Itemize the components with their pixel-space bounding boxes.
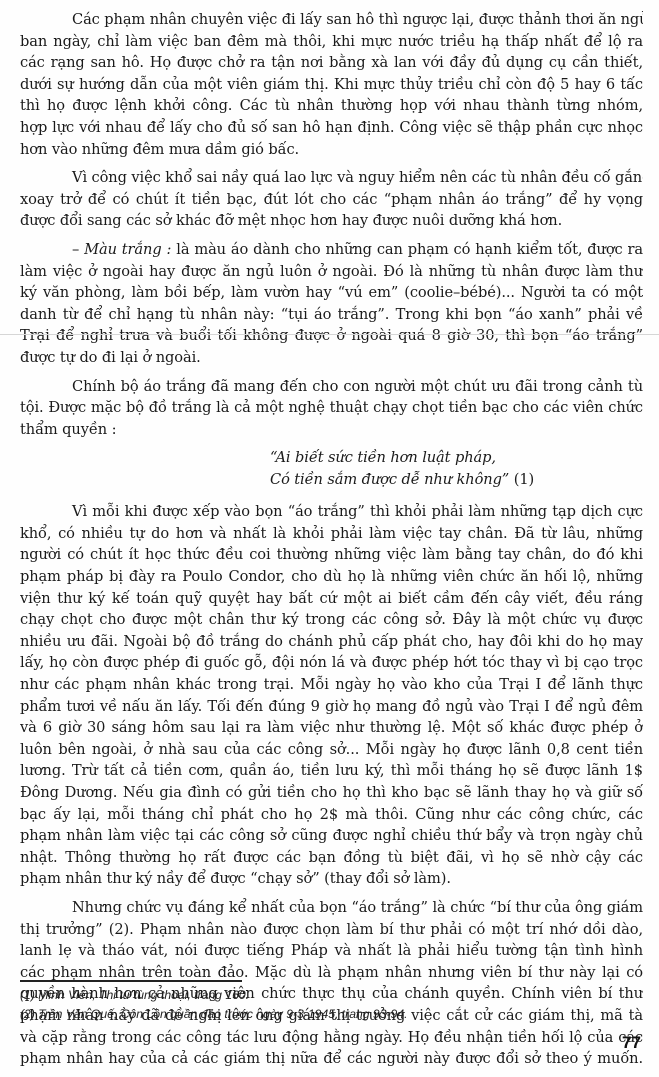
text-line: nhật. Thông thường họ rất được các bạn đ… <box>20 847 643 869</box>
text-line: phạm nhân hay của cả các giám thị nữa để… <box>20 1048 643 1070</box>
text-line: lương. Trừ tất cả tiền cơm, quần áo, tiề… <box>20 760 643 782</box>
text-line: người có chút ít học thức đều coi thường… <box>20 544 643 566</box>
text-line: Đông Dương. Nếu gia đình có gửi tiền cho… <box>20 782 643 804</box>
paragraph-bribery: Vì công việc khổ sai nầy quá lao lực và … <box>20 167 643 232</box>
text-line: ban ngày, chỉ làm việc ban đêm mà thôi, … <box>20 31 643 53</box>
text-line: được đổi sang các sở khác đỡ mệt nhọc hơ… <box>20 210 643 232</box>
text-line: bạc ấy lại, mỗi tháng chỉ phát cho họ 2$… <box>20 804 643 826</box>
text-line: khổ, có nhiều tự do hơn và nhất là khỏi … <box>20 523 643 545</box>
footnote-rule <box>20 980 242 982</box>
text-line: Trại để nghỉ trưa và buổi tối không được… <box>20 325 643 347</box>
quote-line: “Ai biết sức tiền hơn luật pháp, <box>20 447 643 469</box>
text-line: phạm nhân thư ký nầy để được “chạy sở” (… <box>20 868 643 890</box>
paragraph-white-uniform: Chính bộ áo trắng đã mang đến cho con ng… <box>20 376 643 441</box>
paragraph-secretary: Nhưng chức vụ đáng kể nhất của bọn “áo t… <box>20 897 643 1070</box>
page-number: 77 <box>622 1033 641 1053</box>
text-line: lanh lẹ và tháo vát, nói được tiếng Pháp… <box>20 940 643 962</box>
text-line: hơn vào những đêm mưa dầm gió bấc. <box>20 139 643 161</box>
text-line: hợp lực với nhau để lấy cho đủ số san hô… <box>20 117 643 139</box>
paragraph-clerks: Vì mỗi khi được xếp vào bọn “áo trắng” t… <box>20 501 643 890</box>
paragraph-white-color: – Màu trắng : là màu áo dành cho những c… <box>20 239 643 369</box>
verse-quote: “Ai biết sức tiền hơn luật pháp, Có tiền… <box>20 447 643 491</box>
quote-text: Có tiền sắm được dễ như không” <box>270 471 509 488</box>
text-run: là màu áo dành cho những can phạm có hạn… <box>171 241 643 258</box>
text-line: và 6 giờ 30 sáng hôm sau lại ra làm việc… <box>20 717 643 739</box>
text-line: viện thư ký kế toán quỹ quyệt hay bất cứ… <box>20 588 643 610</box>
text-line: phạm nhân làm việc tại các công sở cũng … <box>20 825 643 847</box>
text-line: các rạng san hô. Họ được chở ra tận nơi … <box>20 52 643 74</box>
quote-line: Có tiền sắm được dễ như không” (1) <box>20 469 643 491</box>
text-line: Chính bộ áo trắng đã mang đến cho con ng… <box>20 376 643 398</box>
text-line: được tự do đi lại ở ngoài. <box>20 347 643 369</box>
text-line: Các phạm nhân chuyên việc đi lấy san hô … <box>20 9 643 31</box>
text-line: lấy, họ còn được phép đi guốc gỗ, đội nó… <box>20 652 643 674</box>
list-dash: – <box>72 241 84 258</box>
term-white-color: Màu trắng : <box>84 241 171 258</box>
text-line: chạy chọt cho được một chân thư ký trong… <box>20 609 643 631</box>
text-line: phạm pháp bị đày ra Poulo Condor, cho dù… <box>20 566 643 588</box>
footnote-ref-1: (1) <box>509 471 534 488</box>
book-page: Các phạm nhân chuyên việc đi lấy san hô … <box>0 0 659 1077</box>
paragraph-coral-workers: Các phạm nhân chuyên việc đi lấy san hô … <box>20 9 643 160</box>
footnote-2: (2) Trần Văn Quế, Côn Lôn quần đảo trước… <box>20 1007 408 1021</box>
text-line: phẩm tươi về nấu ăn lấy. Tối đến đúng 9 … <box>20 696 643 718</box>
text-line: luôn bên ngoài, ở nhà sau của các công s… <box>20 739 643 761</box>
scan-artifact-line <box>0 334 659 335</box>
text-line: xoay trở để có chút ít tiền bạc, đút lót… <box>20 189 643 211</box>
text-line: – Màu trắng : là màu áo dành cho những c… <box>20 239 643 261</box>
text-line: Nhưng chức vụ đáng kể nhất của bọn “áo t… <box>20 897 643 919</box>
text-line: làm việc ở ngoài hay được ăn ngủ luôn ở … <box>20 261 643 283</box>
footnote-1: (1) Minh Viên, Thi tứ tùng thoại, trang … <box>20 988 249 1002</box>
text-line: Vì mỗi khi được xếp vào bọn “áo trắng” t… <box>20 501 643 523</box>
text-line: dưới sự hướng dẫn của một viên giám thị.… <box>20 74 643 96</box>
text-line: ký văn phòng, làm bồi bếp, làm vườn hay … <box>20 282 643 304</box>
text-line: Vì công việc khổ sai nầy quá lao lực và … <box>20 167 643 189</box>
text-line: như các phạm nhân khác trong trại. Mỗi n… <box>20 674 643 696</box>
text-line: nhiều ưu đãi. Ngoài bộ đồ trắng do chánh… <box>20 631 643 653</box>
body-text: Các phạm nhân chuyên việc đi lấy san hô … <box>20 9 643 1077</box>
text-line: tội. Được mặc bộ đồ trắng là cả một nghệ… <box>20 397 643 419</box>
text-line: thị trưởng” (2). Phạm nhân nào được chọn… <box>20 919 643 941</box>
text-line: thẩm quyền : <box>20 419 643 441</box>
text-line: thì họ được lệnh khởi công. Các tù nhân … <box>20 95 643 117</box>
text-line: danh từ để chỉ hạng tù nhân này: “tụi áo… <box>20 304 643 326</box>
text-line: và cặp rằng trong các công tác lưu động … <box>20 1027 643 1049</box>
